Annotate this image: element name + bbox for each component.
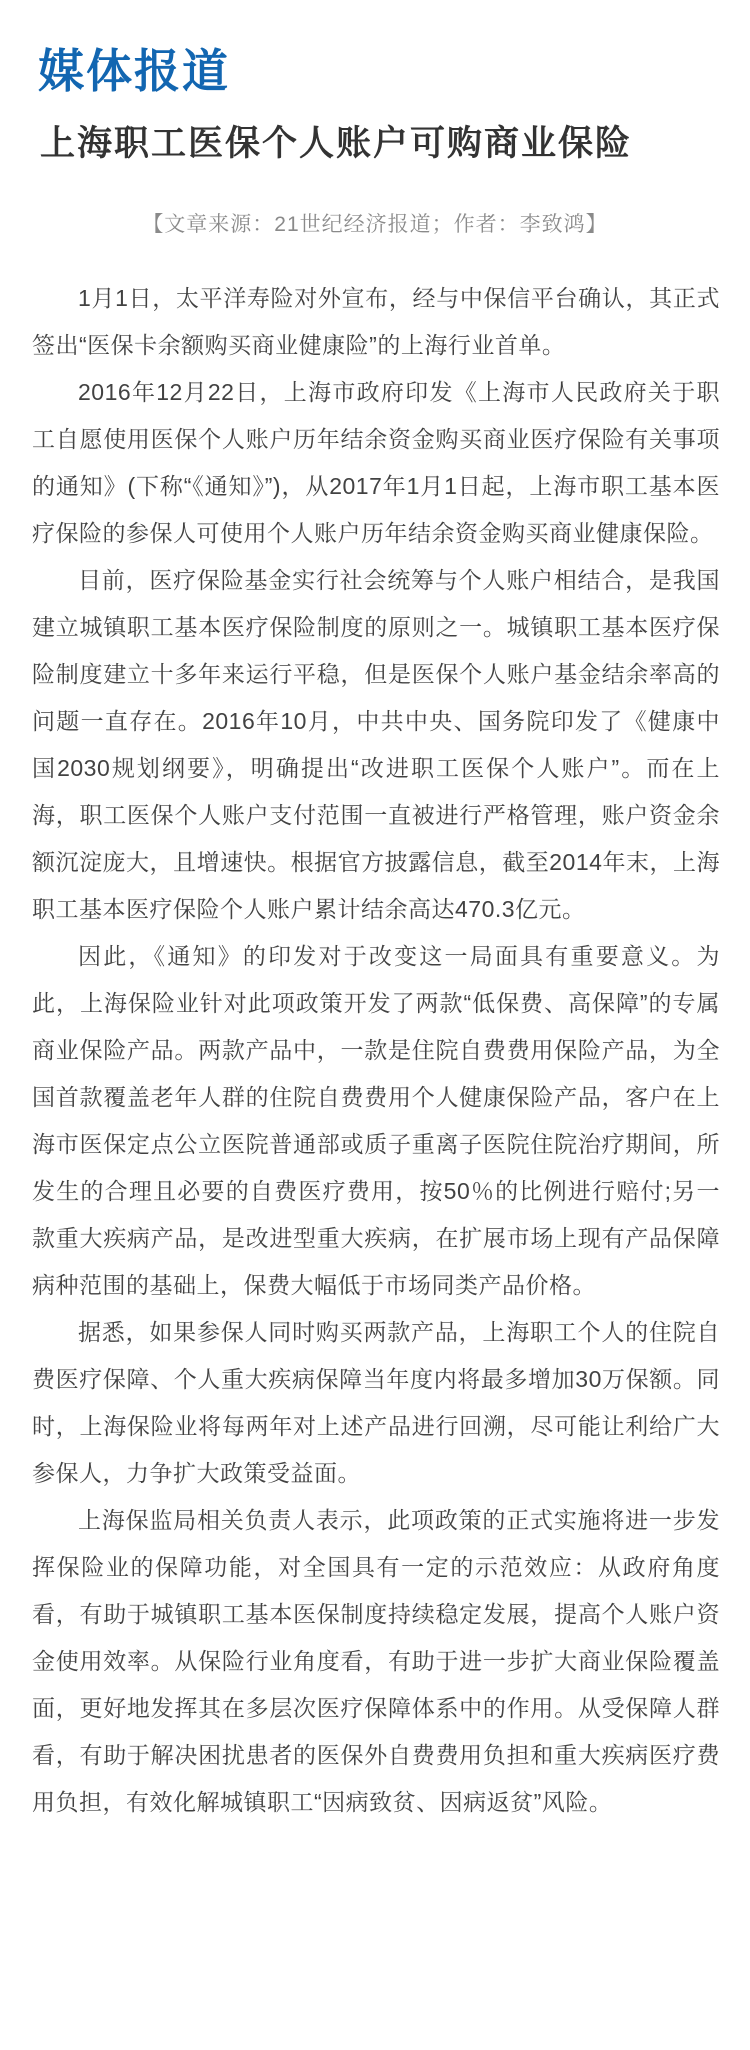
paragraph-2: 2016年12月22日，上海市政府印发《上海市人民政府关于职工自愿使用医保个人账…	[32, 369, 720, 557]
article-page: 媒体报道 上海职工医保个人账户可购商业保险 【文章来源：21世纪经济报道；作者：…	[0, 0, 750, 2050]
paragraph-1: 1月1日，太平洋寿险对外宣布，经与中保信平台确认，其正式签出“医保卡余额购买商业…	[32, 275, 720, 369]
section-title: 媒体报道	[38, 44, 750, 99]
article-title: 上海职工医保个人账户可购商业保险	[40, 123, 710, 165]
article-source-line: 【文章来源：21世纪经济报道；作者：李致鸿】	[30, 211, 720, 239]
paragraph-4: 因此，《通知》的印发对于改变这一局面具有重要意义。为此，上海保险业针对此项政策开…	[32, 933, 720, 1309]
article-body: 1月1日，太平洋寿险对外宣布，经与中保信平台确认，其正式签出“医保卡余额购买商业…	[32, 275, 720, 1826]
paragraph-6: 上海保监局相关负责人表示，此项政策的正式实施将进一步发挥保险业的保障功能，对全国…	[32, 1497, 720, 1826]
paragraph-3: 目前，医疗保险基金实行社会统筹与个人账户相结合，是我国建立城镇职工基本医疗保险制…	[32, 557, 720, 933]
paragraph-5: 据悉，如果参保人同时购买两款产品，上海职工个人的住院自费医疗保障、个人重大疾病保…	[32, 1309, 720, 1497]
